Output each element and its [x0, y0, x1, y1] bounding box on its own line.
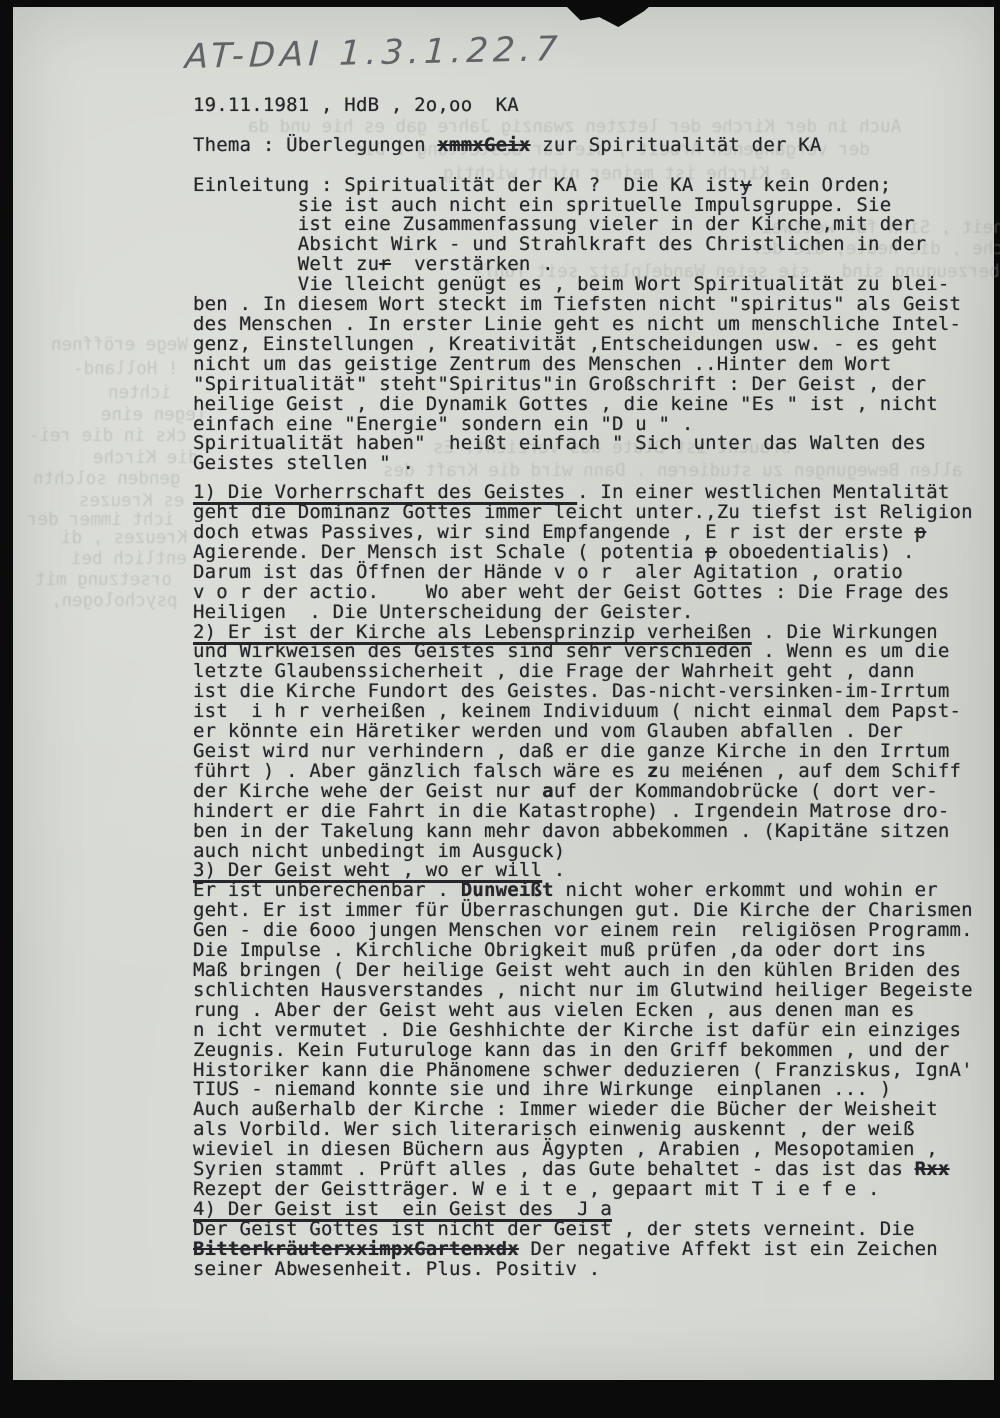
typed-segment: zur Spiritualität der KA [531, 134, 822, 156]
bleed-through-text: genden solchtn [33, 469, 181, 489]
text-line: der Kirche wehe der Geist nur auf der Ko… [193, 782, 993, 802]
typed-segment: geht die Dominanz Gottes immer leicht un… [193, 501, 973, 523]
text-line: des Menschen . In erster Linie geht es n… [193, 315, 993, 335]
text-line: Vie lleicht genügt es , beim Wort Spirit… [193, 275, 993, 295]
typed-segment: Agierende. Der Mensch ist Schale ( poten… [193, 541, 705, 563]
typed-segment: Geist wird nur verhindern , daß er die g… [193, 740, 950, 762]
typed-segment: uf der Kommandobrücke ( dort ver- [554, 780, 938, 802]
text-line: führt ) . Aber gänzlich falsch wäre es z… [193, 762, 993, 782]
typed-segment: ist eine Zusammenfassung vieler in der K… [193, 213, 915, 235]
typed-segment: führt ) . Aber gänzlich falsch wäre es [193, 760, 647, 782]
typed-segment-b: a [542, 780, 554, 802]
typed-segment-sb: xmmxGeix [437, 134, 530, 156]
text-line: Absicht Wirk - und Strahlkraft des Chris… [193, 235, 993, 255]
text-line: Heiligen . Die Unterscheidung der Geiste… [193, 603, 993, 623]
typed-segment-sb: BitterkräuterxximpxGartenxdx [193, 1238, 519, 1260]
text-line: Darum ist das Öffnen der Hände v o r ale… [193, 563, 993, 583]
text-line: ist die Kirche Fundort des Geistes. Das-… [193, 682, 993, 702]
text-line: TIUS - niemand konnte sie und ihre Wirku… [193, 1080, 993, 1100]
typed-segment: rung . Aber der Geist weht aus vielen Ec… [193, 999, 915, 1021]
archival-reference-handwriting: AT-DAI 1.3.1.22.7 [184, 29, 563, 77]
bleed-through-text: Wege eröffnen [51, 335, 188, 355]
typed-segment: ist die Kirche Fundort des Geistes. Das-… [193, 680, 950, 702]
text-line: geht die Dominanz Gottes immer leicht un… [193, 503, 993, 523]
text-line: Einleitung : Spiritualität der KA ? Die … [193, 176, 993, 196]
typed-segment: Die Impulse . Kirchliche Obrigkeit muß p… [193, 939, 926, 961]
text-line: v o r der actio. Wo aber weht der Geist … [193, 583, 993, 603]
typed-segment: n icht vermutet . Die Geshhichte der Kir… [193, 1019, 961, 1041]
typed-segment: . Die Wirkungen [752, 621, 938, 643]
text-line: doch etwas Passives, wir sind Empfangend… [193, 523, 993, 543]
text-line: Geistes stellen " . [193, 454, 993, 474]
text-line: Welt zur verstärken . [193, 255, 993, 275]
text-line: hindert er die Fahrt in die Katastrophe)… [193, 802, 993, 822]
bleed-through-text: ichten [108, 383, 171, 403]
typed-segment: Geistes stellen " . [193, 452, 414, 474]
text-line: seiner Abwesenheit. Plus. Positiv . [193, 1260, 993, 1280]
text-line: Agierende. Der Mensch ist Schale ( poten… [193, 543, 993, 563]
torn-edge [565, 5, 651, 27]
text-line: geht. Er ist immer für Überraschungen gu… [193, 901, 993, 921]
text-line: wieviel in diesen Büchern aus Ägypten , … [193, 1140, 993, 1160]
typed-segment: Maß bringen ( Der heilige Geist weht auc… [193, 959, 961, 981]
blank-line [193, 116, 993, 136]
typed-segment: Vie lleicht genügt es , beim Wort Spirit… [193, 273, 950, 295]
bleed-through-text: psychologen, [51, 591, 177, 611]
typed-segment-s: p [705, 541, 717, 563]
text-line: 4) Der Geist ist ein Geist des J a [193, 1200, 993, 1220]
text-line: Rezept der Geistträger. W e i t e , gepa… [193, 1180, 993, 1200]
text-line: sie ist auch nicht ein sprituelle Impuls… [193, 196, 993, 216]
typed-segment: TIUS - niemand konnte sie und ihre Wirku… [193, 1078, 891, 1100]
typed-segment: sie ist auch nicht ein sprituelle Impuls… [193, 194, 891, 216]
bleed-through-text: Kreuzes , di [61, 528, 187, 548]
typed-segment: er könnte ein Häretiker werden und vom G… [193, 720, 903, 742]
text-line: Zeugnis. Kein Futuruloge kann das in den… [193, 1041, 993, 1061]
typed-segment: nicht um das geistige Zentrum des Mensch… [193, 353, 891, 375]
typed-segment: hindert er die Fahrt in die Katastrophe)… [193, 800, 950, 822]
typed-segment: auch nicht unbedingt im Ausguck) [193, 840, 565, 862]
text-line: rung . Aber der Geist weht aus vielen Ec… [193, 1001, 993, 1021]
typed-segment: Gen - die 6ooo jungen Menschen vor einem… [193, 919, 973, 941]
bleed-through-text: cks in die rei- [29, 426, 187, 446]
text-line: Der Geist Gottes ist nicht der Geist , d… [193, 1220, 993, 1240]
text-line: Auch außerhalb der Kirche : Immer wieder… [193, 1100, 993, 1120]
typed-segment-u: 4) Der Geist ist ein Geist des J a [193, 1198, 612, 1220]
typed-segment: Absicht Wirk - und Strahlkraft des Chris… [193, 233, 926, 255]
text-line: Gen - die 6ooo jungen Menschen vor einem… [193, 921, 993, 941]
typed-segment-u: 1) Die Vorherrschaft des Geistes [193, 481, 577, 503]
bleed-through-text: icht immer der [27, 510, 175, 530]
typed-segment: als Vorbild. Wer sich literarisch einwen… [193, 1118, 915, 1140]
text-line: Die Impulse . Kirchliche Obrigkeit muß p… [193, 941, 993, 961]
blank-line [193, 156, 993, 176]
bleed-through-text: die Kirche [93, 448, 198, 468]
text-line: ben . In diesem Wort steckt im Tiefsten … [193, 295, 993, 315]
text-line: letzte Glaubenssicherheit , die Frage de… [193, 662, 993, 682]
typed-segment-s: r [379, 253, 391, 275]
typed-segment: . In einer westlichen Mentalität [577, 481, 949, 503]
typed-segment-sb: Rxx [915, 1158, 950, 1180]
typed-segment: geht. Er ist immer für Überraschungen gu… [193, 899, 973, 921]
typed-segment: "Spiritualität" steht"Spiritus"in Großsc… [193, 373, 926, 395]
typed-segment: genz, Einstellungen , Kreativität ,Entsc… [193, 333, 938, 355]
typed-segment: seiner Abwesenheit. Plus. Positiv . [193, 1258, 600, 1280]
typed-segment: Welt zu [193, 253, 379, 275]
text-line: heilige Geist , die Dynamik Gottes , die… [193, 395, 993, 415]
typed-segment: Heiligen . Die Unterscheidung der Geiste… [193, 601, 693, 623]
scanner-background: { "page": { "archival_note": "AT-DAI 1.3… [0, 0, 1000, 1418]
typed-segment: nen , auf dem Schiff [728, 760, 961, 782]
typed-segment: oboedentialis) . [717, 541, 915, 563]
text-line: 1) Die Vorherrschaft des Geistes . In ei… [193, 483, 993, 503]
typed-segment: ben in der Takelung kann mehr davon abbe… [193, 820, 950, 842]
text-line: ist eine Zusammenfassung vieler in der K… [193, 215, 993, 235]
typed-segment: Thema : Überlegungen [193, 134, 437, 156]
typed-segment: 19.11.1981 , HdB , 2o,oo KA [193, 94, 519, 116]
text-line: auch nicht unbedingt im Ausguck) [193, 842, 993, 862]
typed-segment: u mei [659, 760, 717, 782]
text-line: Geist wird nur verhindern , daß er die g… [193, 742, 993, 762]
typewritten-text: 19.11.1981 , HdB , 2o,oo KA Thema : Über… [193, 96, 993, 1279]
typed-segment: ist i h r verheißen , keinem Individuum … [193, 700, 961, 722]
typed-segment: letzte Glaubenssicherheit , die Frage de… [193, 660, 915, 682]
text-line: n icht vermutet . Die Geshhichte der Kir… [193, 1021, 993, 1041]
typed-segment: kein Orden; [752, 174, 892, 196]
bleed-through-text: legen eine [101, 405, 206, 425]
text-line: Maß bringen ( Der heilige Geist weht auc… [193, 961, 993, 981]
typed-segment-s: p [915, 521, 927, 543]
text-line: und Wirkweisen des Geistes sind sehr ver… [193, 642, 993, 662]
text-line: ist i h r verheißen , keinem Individuum … [193, 702, 993, 722]
typed-segment-b: z [647, 760, 659, 782]
typed-segment: heilige Geist , die Dynamik Gottes , die… [193, 393, 938, 415]
text-line: 19.11.1981 , HdB , 2o,oo KA [193, 96, 993, 116]
text-line: einfach eine "Energie" sondern ein "D u … [193, 415, 993, 435]
text-line: "Spiritualität" steht"Spiritus"in Großsc… [193, 375, 993, 395]
text-line: genz, Einstellungen , Kreativität ,Entsc… [193, 335, 993, 355]
bleed-through-text: es Kreuzes [79, 491, 184, 511]
typed-segment: der Kirche wehe der Geist nur [193, 780, 542, 802]
bleed-through-text: entlich bei [71, 549, 187, 569]
text-line: ben in der Takelung kann mehr davon abbe… [193, 822, 993, 842]
typed-segment: Historiker kann die Phänomene schwer ded… [193, 1059, 973, 1081]
text-line: BitterkräuterxximpxGartenxdx Der negativ… [193, 1240, 993, 1260]
typed-segment: des Menschen . In erster Linie geht es n… [193, 313, 961, 335]
typed-segment: Zeugnis. Kein Futuruloge kann das in den… [193, 1039, 950, 1061]
typed-segment: einfach eine "Energie" sondern ein "D u … [193, 413, 693, 435]
typed-segment: schlichten Hausverstandes , nicht nur im… [193, 979, 973, 1001]
text-line: schlichten Hausverstandes , nicht nur im… [193, 981, 993, 1001]
typed-segment: Darum ist das Öffnen der Hände v o r ale… [193, 561, 903, 583]
bleed-through-text: orsetzung mit [35, 570, 172, 590]
typed-segment-s: é [717, 760, 729, 782]
typed-segment: Rezept der Geistträger. W e i t e , gepa… [193, 1178, 880, 1200]
text-line: 2) Er ist der Kirche als Lebensprinzip v… [193, 623, 993, 643]
typed-segment: Spiritualität haben" heißt einfach " Sic… [193, 432, 926, 454]
text-line: Historiker kann die Phänomene schwer ded… [193, 1061, 993, 1081]
typed-segment-u: 2) Er ist der Kirche als Lebensprinzip v… [193, 621, 752, 643]
typed-segment: wieviel in diesen Büchern aus Ägypten , … [193, 1138, 938, 1160]
typed-segment: Einleitung : Spiritualität der KA ? Die … [193, 174, 740, 196]
text-line: nicht um das geistige Zentrum des Mensch… [193, 355, 993, 375]
scanned-page: Auch in der Kirche der letzten zwanzig J… [13, 7, 994, 1380]
typed-segment: und Wirkweisen des Geistes sind sehr ver… [193, 640, 950, 662]
typed-segment: ben . In diesem Wort steckt im Tiefsten … [193, 293, 961, 315]
typed-segment: Auch außerhalb der Kirche : Immer wieder… [193, 1098, 938, 1120]
text-line: er könnte ein Häretiker werden und vom G… [193, 722, 993, 742]
typed-segment: Der negative Affekt ist ein Zeichen [519, 1238, 938, 1260]
typed-segment: Syrien stammt . Prüft alles , das Gute b… [193, 1158, 915, 1180]
typed-segment: verstärken . [391, 253, 554, 275]
text-line: Thema : Überlegungen xmmxGeix zur Spirit… [193, 136, 993, 156]
bleed-through-text: ! Holland- [73, 359, 178, 379]
text-line: Syrien stammt . Prüft alles , das Gute b… [193, 1160, 993, 1180]
typed-segment-s: y [740, 174, 752, 196]
text-line: Spiritualität haben" heißt einfach " Sic… [193, 434, 993, 454]
typed-segment: v o r der actio. Wo aber weht der Geist … [193, 581, 950, 603]
typed-segment: doch etwas Passives, wir sind Empfangend… [193, 521, 915, 543]
typed-segment: Der Geist Gottes ist nicht der Geist , d… [193, 1218, 915, 1240]
